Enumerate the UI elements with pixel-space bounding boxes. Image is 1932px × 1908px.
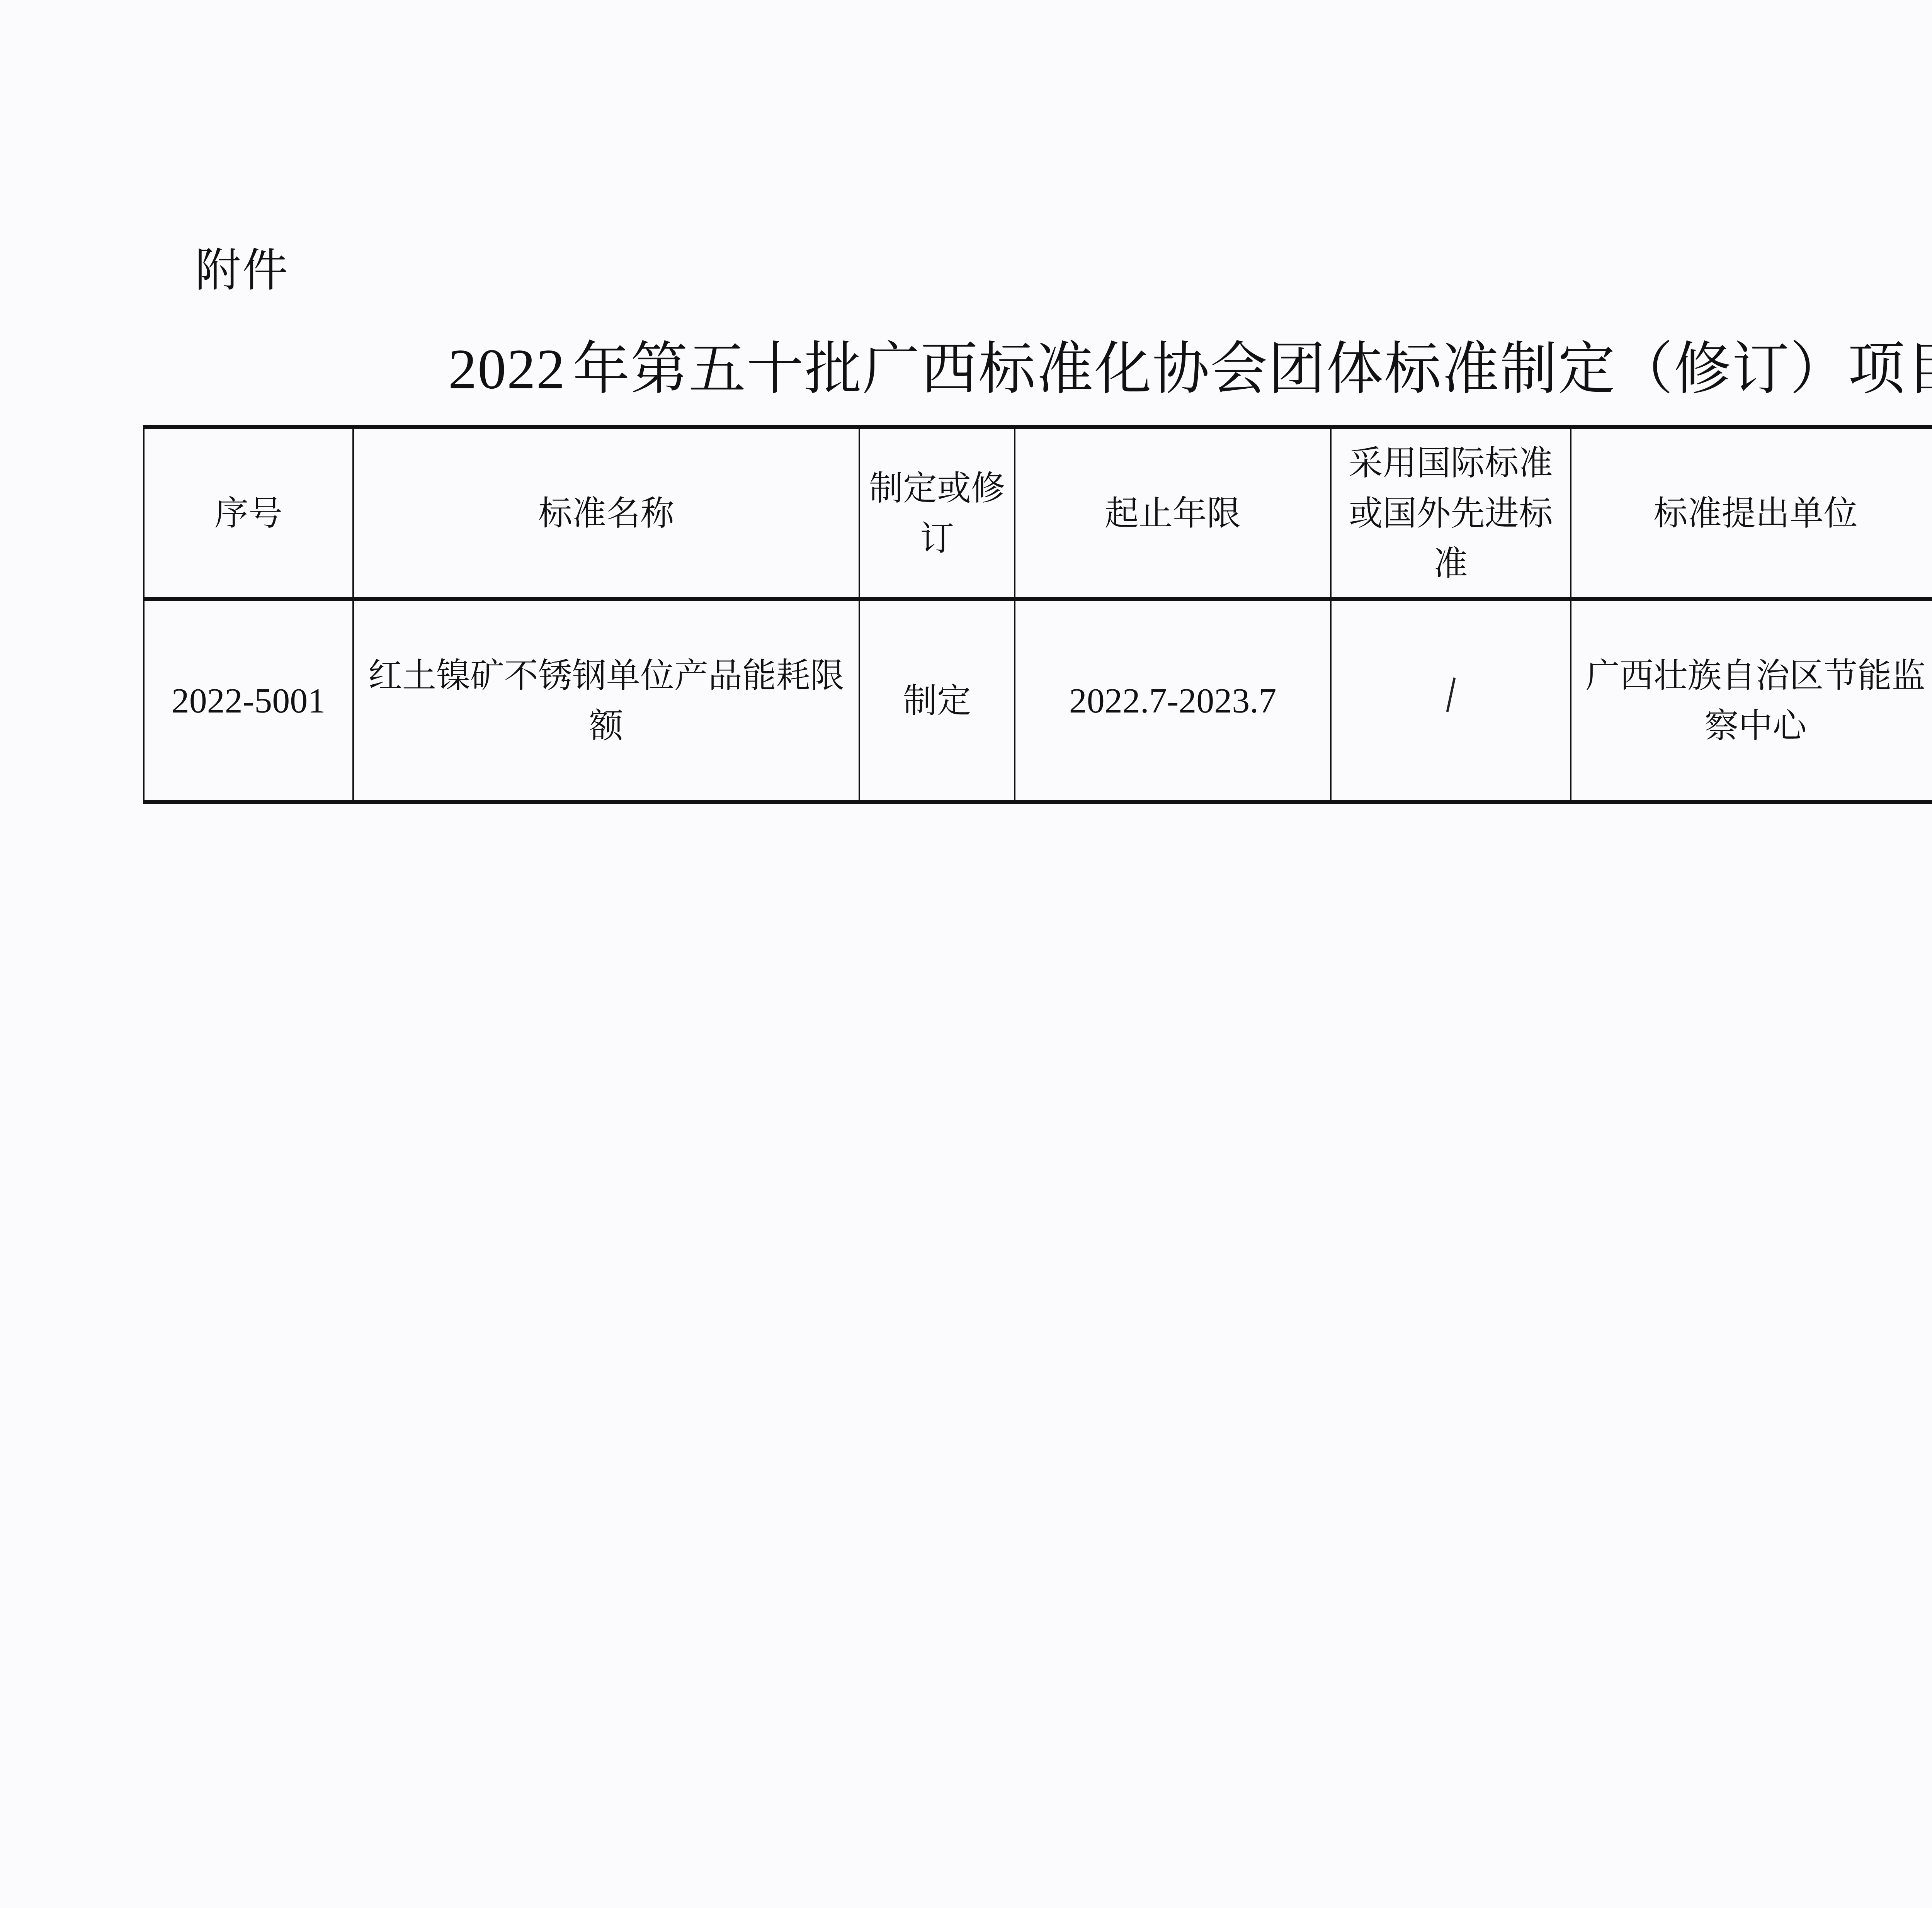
header-period: 起止年限 xyxy=(1015,427,1331,599)
cell-type: 制定 xyxy=(859,599,1015,802)
attachment-label: 附件 xyxy=(195,247,289,293)
table-row: 2022-5001 红土镍矿不锈钢单位产品能耗限额 制定 2022.7-2023… xyxy=(144,599,1932,802)
table-header-row: 序号 标准名称 制定或修订 起止年限 采用国际标准或国外先进标准 标准提出单位 … xyxy=(144,427,1932,599)
document-title-year: 2022 xyxy=(448,338,566,401)
document-title-text: 年第五十批广西标准化协会团体标准制定（修订）项目计划汇总表 xyxy=(573,335,1932,402)
cell-adopted-standard xyxy=(1331,599,1571,802)
cell-period: 2022.7-2023.7 xyxy=(1015,599,1331,802)
cell-standard-name: 红土镍矿不锈钢单位产品能耗限额 xyxy=(353,599,859,802)
cell-proposing-unit: 广西壮族自治区节能监察中心 xyxy=(1571,599,1932,802)
header-proposing-unit: 标准提出单位 xyxy=(1571,427,1932,599)
header-adopted-standard: 采用国际标准或国外先进标准 xyxy=(1331,427,1571,599)
document-title: 2022年第五十批广西标准化协会团体标准制定（修订）项目计划汇总表 xyxy=(0,340,1932,398)
cell-serial: 2022-5001 xyxy=(144,599,353,802)
header-standard-name: 标准名称 xyxy=(353,427,859,599)
header-type: 制定或修订 xyxy=(859,427,1015,599)
slash-mark xyxy=(1446,677,1456,712)
header-serial: 序号 xyxy=(144,427,353,599)
project-plan-table: 序号 标准名称 制定或修订 起止年限 采用国际标准或国外先进标准 标准提出单位 … xyxy=(143,425,1932,804)
